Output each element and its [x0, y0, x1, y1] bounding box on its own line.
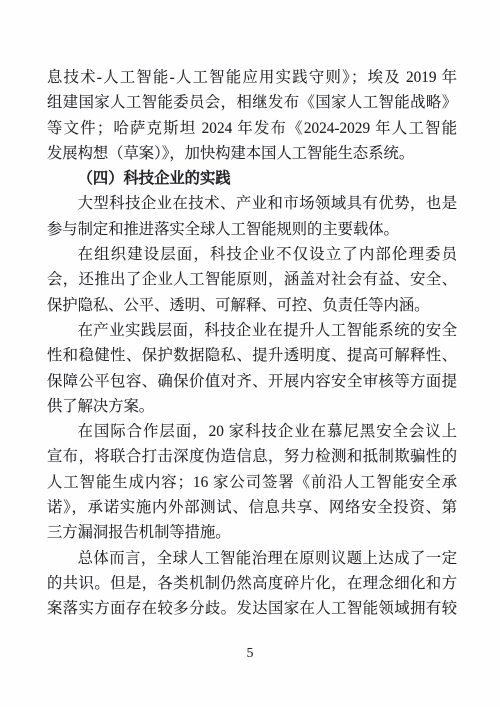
document-page: 息技术-人工智能-人工智能应用实践守则》；埃及 2019 年 组建国家人工智能委… [0, 0, 500, 707]
body-line: 在国际合作层面，20 家科技企业在慕尼黑安全会议上 [47, 419, 457, 444]
body-line: 人工智能生成内容；16 家公司签署《前沿人工智能安全承 [47, 470, 457, 495]
body-line: 的共识。但是，各类机制仍然高度碎片化，在理念细化和方 [47, 571, 457, 596]
body-line: 案落实方面存在较多分歧。发达国家在人工智能领域拥有较 [47, 596, 457, 621]
body-line: 息技术-人工智能-人工智能应用实践守则》；埃及 2019 年 [47, 65, 457, 90]
body-line: 等文件；哈萨克斯坦 2024 年发布《2024-2029 年人工智能 [47, 116, 457, 141]
section-heading: （四）科技企业的实践 [47, 166, 457, 191]
body-line: 发展构想（草案）》，加快构建本国人工智能生态系统。 [47, 141, 457, 166]
body-line: 诺》，承诺实施内外部测试、信息共享、网络安全投资、第 [47, 495, 457, 520]
body-line: 性和稳健性、保护数据隐私、提升透明度、提高可解释性、 [47, 343, 457, 368]
body-line: 供了解决方案。 [47, 394, 457, 419]
body-line: 参与制定和推进落实全球人工智能规则的主要载体。 [47, 217, 457, 242]
body-line: 保障公平包容、确保价值对齐、开展内容安全审核等方面提 [47, 369, 457, 394]
body-line: 三方漏洞报告机制等措施。 [47, 520, 457, 545]
body-line: 大型科技企业在技术、产业和市场领域具有优势，也是 [47, 191, 457, 216]
body-line: 保护隐私、公平、透明、可解释、可控、负责任等内涵。 [47, 293, 457, 318]
body-line: 在产业实践层面，科技企业在提升人工智能系统的安全 [47, 318, 457, 343]
body-line: 会，还推出了企业人工智能原则，涵盖对社会有益、安全、 [47, 267, 457, 292]
body-text: 息技术-人工智能-人工智能应用实践守则》；埃及 2019 年 组建国家人工智能委… [47, 65, 457, 622]
body-line: 总体而言，全球人工智能治理在原则议题上达成了一定 [47, 546, 457, 571]
page-number: 5 [0, 645, 500, 661]
body-line: 在组织建设层面，科技企业不仅设立了内部伦理委员 [47, 242, 457, 267]
body-line: 组建国家人工智能委员会，相继发布《国家人工智能战略》 [47, 90, 457, 115]
body-line: 宣布，将联合打击深度伪造信息，努力检测和抵制欺骗性的 [47, 444, 457, 469]
